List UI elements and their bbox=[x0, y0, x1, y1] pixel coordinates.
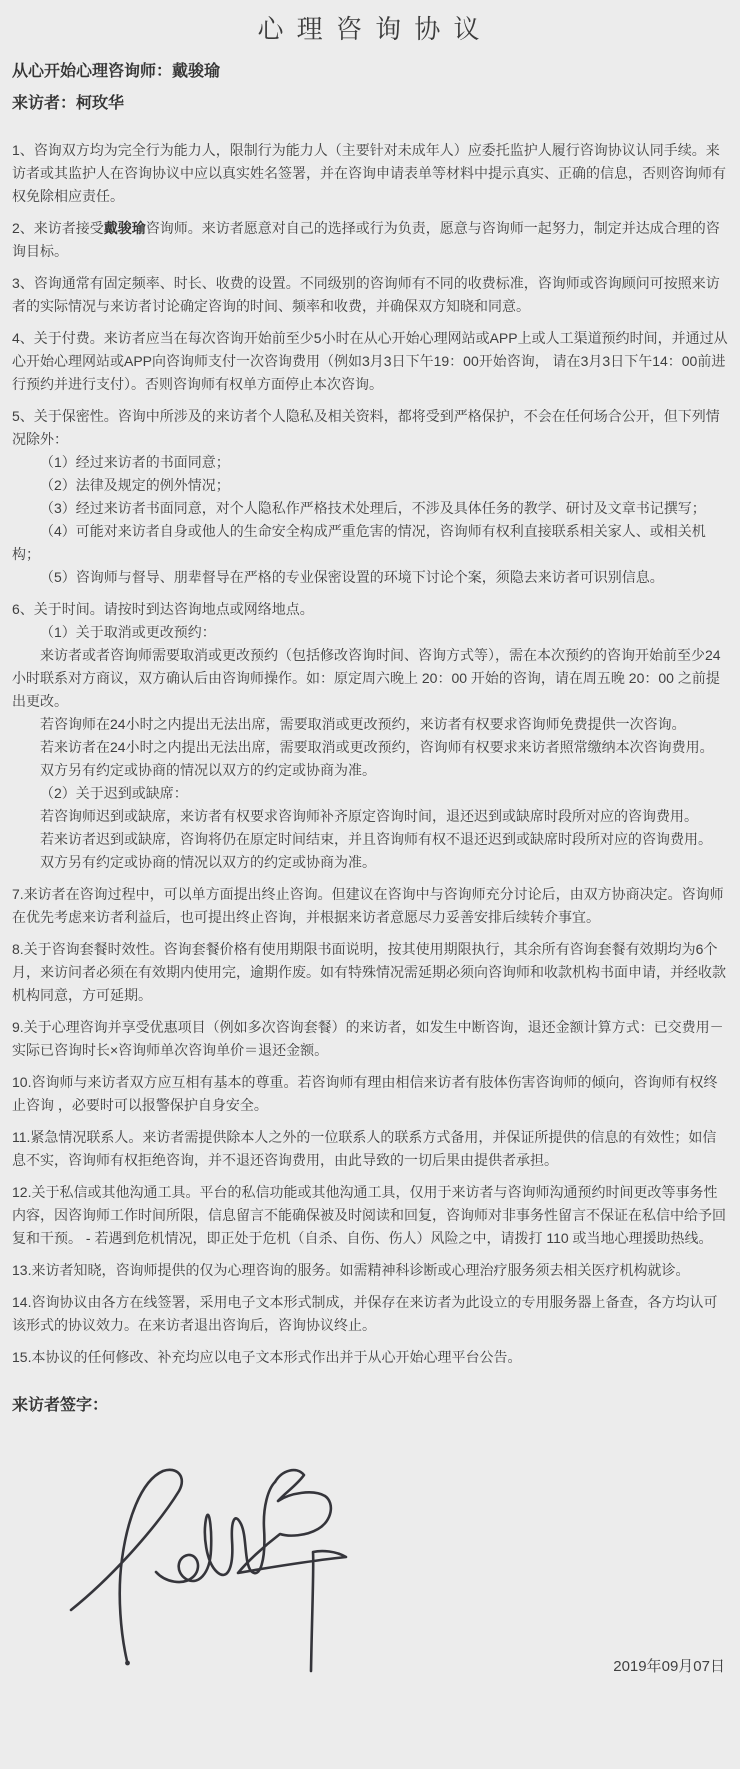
visitor-row: 来访者：柯玫华 bbox=[12, 94, 728, 114]
clause-text: 12.关于私信或其他沟通工具。平台的私信功能或其他沟通工具，仅用于来访者与咨询师… bbox=[12, 1184, 726, 1246]
clause-text: 8.关于咨询套餐时效性。咨询套餐价格有使用期限书面说明，按其使用期限执行，其余所… bbox=[12, 941, 726, 1003]
clause-text: 13.来访者知晓，咨询师提供的仅为心理咨询的服务。如需精神科诊断或心理治疗服务须… bbox=[12, 1262, 689, 1278]
counselor-name: 戴骏瑜 bbox=[172, 63, 220, 80]
clause-text: 7.来访者在咨询过程中，可以单方面提出终止咨询。但建议在咨询中与咨询师充分讨论后… bbox=[12, 886, 724, 925]
clause-text: 4、关于付费。来访者应当在每次咨询开始前至少5小时在从心开始心理网站或APP上或… bbox=[12, 330, 728, 392]
clause-text: 15.本协议的任何修改、补充均应以电子文本形式作出并于从心开始心理平台公告。 bbox=[12, 1349, 521, 1365]
counselor-label: 从心开始心理咨询师： bbox=[12, 63, 172, 80]
clause-line: 9.关于心理咨询并享受优惠项目（例如多次咨询套餐）的来访者，如发生中断咨询，退还… bbox=[12, 1016, 728, 1062]
clause-text: 3、咨询通常有固定频率、时长、收费的设置。不同级别的咨询师有不同的收费标准，咨询… bbox=[12, 275, 720, 314]
clause-text: 来访者或者咨询师需要取消或更改预约（包括修改咨询时间、咨询方式等），需在本次预约… bbox=[12, 647, 721, 709]
clause-line: 1、咨询双方均为完全行为能力人，限制行为能力人（主要针对未成年人）应委托监护人履… bbox=[12, 139, 728, 208]
clause-line: 14.咨询协议由各方在线签署，采用电子文本形式制成，并保存在来访者为此设立的专用… bbox=[12, 1291, 728, 1337]
clause-paragraph: 7.来访者在咨询过程中，可以单方面提出终止咨询。但建议在咨询中与咨询师充分讨论后… bbox=[12, 883, 728, 929]
clause-line: 双方另有约定或协商的情况以双方的约定或协商为准。 bbox=[12, 759, 728, 782]
clause-line: 2、来访者接受戴骏瑜咨询师。来访者愿意对自己的选择或行为负责，愿意与咨询师一起努… bbox=[12, 217, 728, 263]
clause-text: 双方另有约定或协商的情况以双方的约定或协商为准。 bbox=[40, 854, 376, 870]
clause-text: （2）法律及规定的例外情况； bbox=[40, 477, 230, 493]
signature-stroke bbox=[238, 1470, 346, 1671]
clause-text: 若咨询师迟到或缺席，来访者有权要求咨询师补齐原定咨询时间，退还迟到或缺席时段所对… bbox=[40, 808, 698, 824]
clause-line: 13.来访者知晓，咨询师提供的仅为心理咨询的服务。如需精神科诊断或心理治疗服务须… bbox=[12, 1259, 728, 1282]
clause-line: 若咨询师在24小时之内提出无法出席，需要取消或更改预约，来访者有权要求咨询师免费… bbox=[12, 713, 728, 736]
clause-line: （2）法律及规定的例外情况； bbox=[12, 474, 728, 497]
clause-paragraph: 10.咨询师与来访者双方应互相有基本的尊重。若咨询师有理由相信来访者有肢体伤害咨… bbox=[12, 1071, 728, 1117]
clause-text: （4）可能对来访者自身或他人的生命安全构成严重危害的情况，咨询师有权利直接联系相… bbox=[12, 523, 706, 562]
counselor-row: 从心开始心理咨询师：戴骏瑜 bbox=[12, 62, 728, 82]
clause-paragraph: 4、关于付费。来访者应当在每次咨询开始前至少5小时在从心开始心理网站或APP上或… bbox=[12, 327, 728, 396]
clause-line: 若来访者在24小时之内提出无法出席，需要取消或更改预约，咨询师有权要求来访者照常… bbox=[12, 736, 728, 759]
clause-paragraph: 1、咨询双方均为完全行为能力人，限制行为能力人（主要针对未成年人）应委托监护人履… bbox=[12, 139, 728, 208]
parties-block: 从心开始心理咨询师：戴骏瑜 来访者：柯玫华 bbox=[12, 62, 728, 114]
clause-line: （1）经过来访者的书面同意； bbox=[12, 451, 728, 474]
clause-line: 10.咨询师与来访者双方应互相有基本的尊重。若咨询师有理由相信来访者有肢体伤害咨… bbox=[12, 1071, 728, 1117]
clause-line: 3、咨询通常有固定频率、时长、收费的设置。不同级别的咨询师有不同的收费标准，咨询… bbox=[12, 272, 728, 318]
clause-paragraph: 11.紧急情况联系人。来访者需提供除本人之外的一位联系人的联系方式备用，并保证所… bbox=[12, 1126, 728, 1172]
clause-text: 若来访者迟到或缺席，咨询将仍在原定时间结束，并且咨询师有权不退还迟到或缺席时段所… bbox=[40, 831, 712, 847]
signature-area bbox=[12, 1423, 728, 1671]
clause-line: （3）经过来访者书面同意，对个人隐私作严格技术处理后，不涉及具体任务的教学、研讨… bbox=[12, 497, 728, 520]
agreement-page: 心 理 咨 询 协 议 从心开始心理咨询师：戴骏瑜 来访者：柯玫华 1、咨询双方… bbox=[0, 0, 740, 1769]
clause-text: （2）关于迟到或缺席： bbox=[40, 785, 188, 801]
clause-line: （4）可能对来访者自身或他人的生命安全构成严重危害的情况，咨询师有权利直接联系相… bbox=[12, 520, 728, 566]
clause-paragraph: 6、关于时间。请按时到达咨询地点或网络地点。（1）关于取消或更改预约：来访者或者… bbox=[12, 598, 728, 874]
visitor-label: 来访者： bbox=[12, 95, 76, 112]
visitor-name: 柯玫华 bbox=[76, 95, 124, 112]
clause-text: （5）咨询师与督导、朋辈督导在严格的专业保密设置的环境下讨论个案，须隐去来访者可… bbox=[40, 569, 664, 585]
clause-text: 14.咨询协议由各方在线签署，采用电子文本形式制成，并保存在来访者为此设立的专用… bbox=[12, 1294, 717, 1333]
clause-line: 7.来访者在咨询过程中，可以单方面提出终止咨询。但建议在咨询中与咨询师充分讨论后… bbox=[12, 883, 728, 929]
clause-paragraph: 3、咨询通常有固定频率、时长、收费的设置。不同级别的咨询师有不同的收费标准，咨询… bbox=[12, 272, 728, 318]
signature-stroke bbox=[125, 1661, 130, 1666]
clause-paragraph: 9.关于心理咨询并享受优惠项目（例如多次咨询套餐）的来访者，如发生中断咨询，退还… bbox=[12, 1016, 728, 1062]
clause-line: 11.紧急情况联系人。来访者需提供除本人之外的一位联系人的联系方式备用，并保证所… bbox=[12, 1126, 728, 1172]
clause-line: 若咨询师迟到或缺席，来访者有权要求咨询师补齐原定咨询时间，退还迟到或缺席时段所对… bbox=[12, 805, 728, 828]
clause-paragraph: 12.关于私信或其他沟通工具。平台的私信功能或其他沟通工具，仅用于来访者与咨询师… bbox=[12, 1181, 728, 1250]
clause-text: 5、关于保密性。咨询中所涉及的来访者个人隐私及相关资料，都将受到严格保护，不会在… bbox=[12, 408, 720, 447]
clause-text: （1）经过来访者的书面同意； bbox=[40, 454, 230, 470]
clause-line: 若来访者迟到或缺席，咨询将仍在原定时间结束，并且咨询师有权不退还迟到或缺席时段所… bbox=[12, 828, 728, 851]
clause-line: 12.关于私信或其他沟通工具。平台的私信功能或其他沟通工具，仅用于来访者与咨询师… bbox=[12, 1181, 728, 1250]
clause-paragraph: 14.咨询协议由各方在线签署，采用电子文本形式制成，并保存在来访者为此设立的专用… bbox=[12, 1291, 728, 1337]
clause-text: （1）关于取消或更改预约： bbox=[40, 624, 216, 640]
clause-paragraph: 5、关于保密性。咨询中所涉及的来访者个人隐私及相关资料，都将受到严格保护，不会在… bbox=[12, 405, 728, 589]
signature-image bbox=[60, 1423, 390, 1703]
clause-line: 来访者或者咨询师需要取消或更改预约（包括修改咨询时间、咨询方式等），需在本次预约… bbox=[12, 644, 728, 713]
page-title: 心 理 咨 询 协 议 bbox=[12, 7, 728, 46]
signature-label: 来访者签字： bbox=[12, 1395, 728, 1417]
clause-line: 5、关于保密性。咨询中所涉及的来访者个人隐私及相关资料，都将受到严格保护，不会在… bbox=[12, 405, 728, 451]
clause-text: 9.关于心理咨询并享受优惠项目（例如多次咨询套餐）的来访者，如发生中断咨询，退还… bbox=[12, 1019, 724, 1058]
clause-line: （5）咨询师与督导、朋辈督导在严格的专业保密设置的环境下讨论个案，须隐去来访者可… bbox=[12, 566, 728, 589]
clause-line: （2）关于迟到或缺席： bbox=[12, 782, 728, 805]
clause-text: 若来访者在24小时之内提出无法出席，需要取消或更改预约，咨询师有权要求来访者照常… bbox=[40, 739, 714, 755]
clause-paragraph: 8.关于咨询套餐时效性。咨询套餐价格有使用期限书面说明，按其使用期限执行，其余所… bbox=[12, 938, 728, 1007]
clause-text: 10.咨询师与来访者双方应互相有基本的尊重。若咨询师有理由相信来访者有肢体伤害咨… bbox=[12, 1074, 717, 1113]
clause-text: 2、来访者接受 bbox=[12, 220, 104, 236]
clause-paragraph: 2、来访者接受戴骏瑜咨询师。来访者愿意对自己的选择或行为负责，愿意与咨询师一起努… bbox=[12, 217, 728, 263]
clause-paragraph: 15.本协议的任何修改、补充均应以电子文本形式作出并于从心开始心理平台公告。 bbox=[12, 1346, 728, 1369]
clause-text: 若咨询师在24小时之内提出无法出席，需要取消或更改预约，来访者有权要求咨询师免费… bbox=[40, 716, 686, 732]
signature-stroke bbox=[71, 1470, 182, 1661]
clause-line: 15.本协议的任何修改、补充均应以电子文本形式作出并于从心开始心理平台公告。 bbox=[12, 1346, 728, 1369]
clause-text: 6、关于时间。请按时到达咨询地点或网络地点。 bbox=[12, 601, 314, 617]
clause-line: 4、关于付费。来访者应当在每次咨询开始前至少5小时在从心开始心理网站或APP上或… bbox=[12, 327, 728, 396]
clause-line: 6、关于时间。请按时到达咨询地点或网络地点。 bbox=[12, 598, 728, 621]
clause-line: 8.关于咨询套餐时效性。咨询套餐价格有使用期限书面说明，按其使用期限执行，其余所… bbox=[12, 938, 728, 1007]
clause-text: （3）经过来访者书面同意，对个人隐私作严格技术处理后，不涉及具体任务的教学、研讨… bbox=[40, 500, 706, 516]
clause-line: （1）关于取消或更改预约： bbox=[12, 621, 728, 644]
clause-text: 11.紧急情况联系人。来访者需提供除本人之外的一位联系人的联系方式备用，并保证所… bbox=[12, 1129, 716, 1168]
agreement-body: 1、咨询双方均为完全行为能力人，限制行为能力人（主要针对未成年人）应委托监护人履… bbox=[12, 139, 728, 1369]
clause-paragraph: 13.来访者知晓，咨询师提供的仅为心理咨询的服务。如需精神科诊断或心理治疗服务须… bbox=[12, 1259, 728, 1282]
clause-text: 戴骏瑜 bbox=[104, 220, 146, 236]
clause-text: 双方另有约定或协商的情况以双方的约定或协商为准。 bbox=[40, 762, 376, 778]
clause-text: 1、咨询双方均为完全行为能力人，限制行为能力人（主要针对未成年人）应委托监护人履… bbox=[12, 142, 726, 204]
clause-line: 双方另有约定或协商的情况以双方的约定或协商为准。 bbox=[12, 851, 728, 874]
